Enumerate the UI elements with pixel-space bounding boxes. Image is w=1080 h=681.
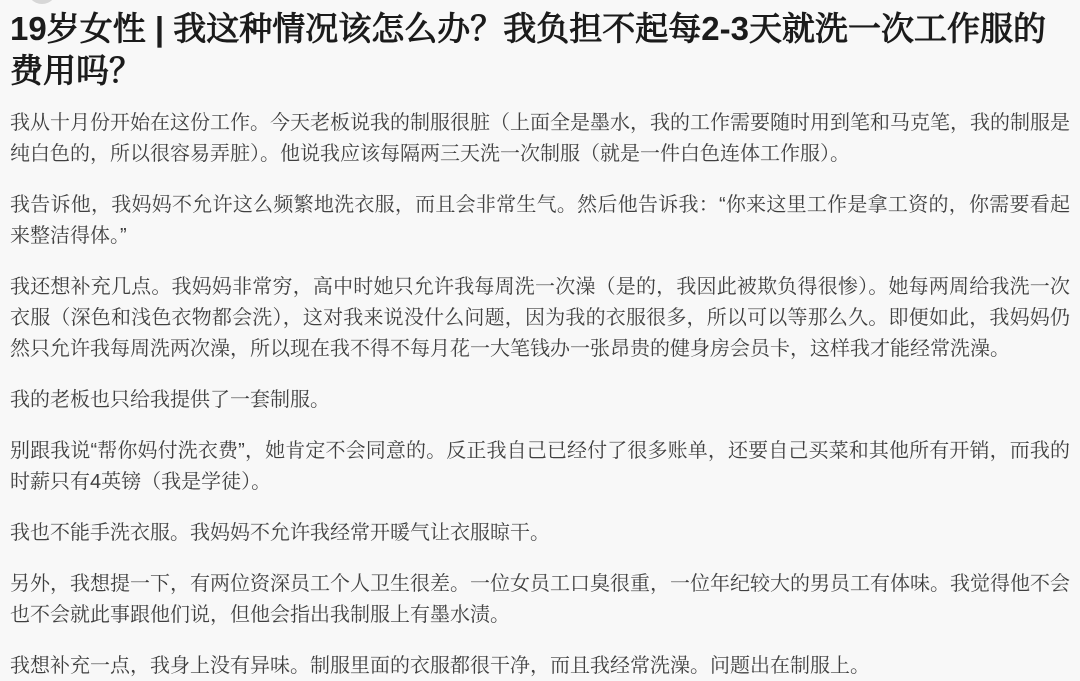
post-paragraph: 我还想补充几点。我妈妈非常穷，高中时她只允许我每周洗一次澡（是的，我因此被欺负得…: [10, 272, 1070, 365]
post-paragraph: 我从十月份开始在这份工作。今天老板说我的制服很脏（上面全是墨水，我的工作需要随时…: [10, 108, 1070, 170]
post-paragraph: 我告诉他，我妈妈不允许这么频繁地洗衣服，而且会非常生气。然后他告诉我：“你来这里…: [10, 190, 1070, 252]
post-body: 我从十月份开始在这份工作。今天老板说我的制服很脏（上面全是墨水，我的工作需要随时…: [10, 108, 1070, 681]
partial-avatar: [27, 0, 57, 4]
post-page: 19岁女性 | 我这种情况该怎么办？我负担不起每2-3天就洗一次工作服的费用吗？…: [0, 0, 1080, 681]
post-paragraph: 我的老板也只给我提供了一套制服。: [10, 385, 1070, 416]
post-paragraph: 我想补充一点，我身上没有异味。制服里面的衣服都很干净，而且我经常洗澡。问题出在制…: [10, 651, 1070, 681]
post-paragraph: 另外，我想提一下，有两位资深员工个人卫生很差。一位女员工口臭很重，一位年纪较大的…: [10, 569, 1070, 631]
post-paragraph: 我也不能手洗衣服。我妈妈不允许我经常开暖气让衣服晾干。: [10, 518, 1070, 549]
post-title: 19岁女性 | 我这种情况该怎么办？我负担不起每2-3天就洗一次工作服的费用吗？: [10, 8, 1070, 92]
post-paragraph: 别跟我说“帮你妈付洗衣费”，她肯定不会同意的。反正我自己已经付了很多账单，还要自…: [10, 436, 1070, 498]
